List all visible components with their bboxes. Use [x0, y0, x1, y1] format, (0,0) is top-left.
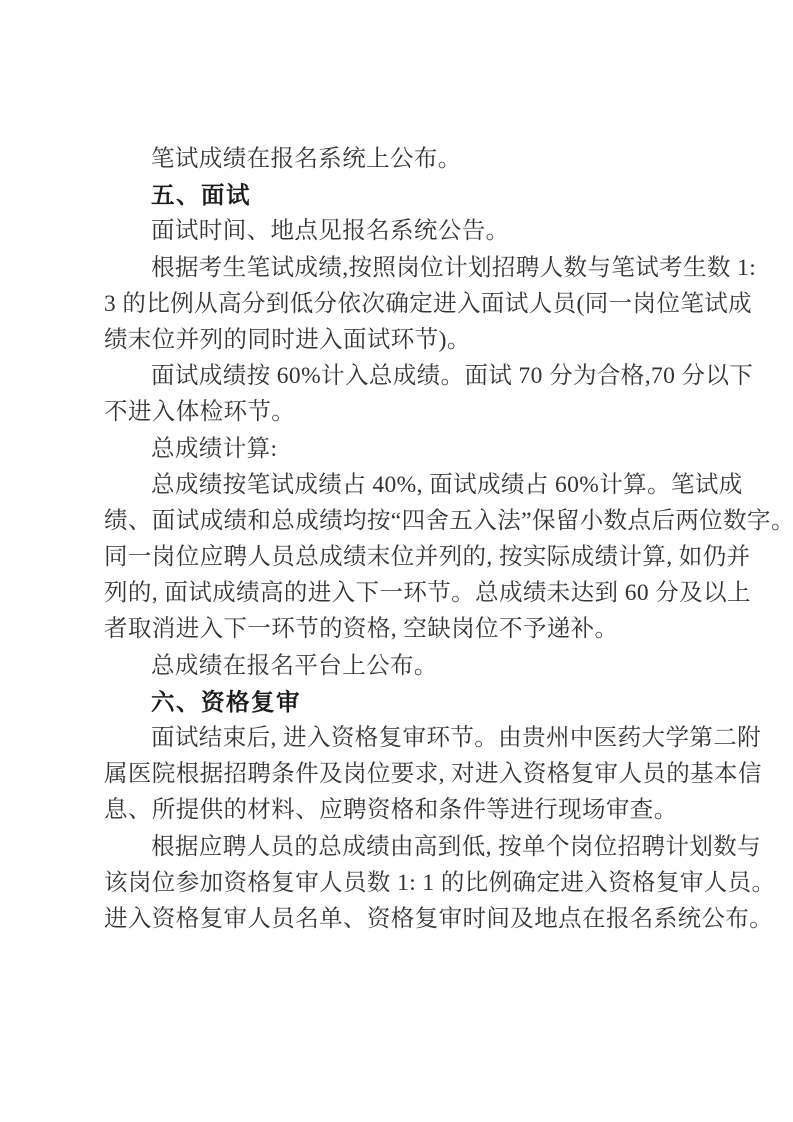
text-line: 面试结束后, 进入资格复审环节。由贵州中医药大学第二附 — [104, 720, 756, 756]
section-5-heading: 五、面试 — [104, 177, 756, 213]
text-line: 绩末位并列的同时进入面试环节)。 — [104, 322, 756, 358]
text-line: 同一岗位应聘人员总成绩末位并列的, 按实际成绩计算, 如仍并 — [104, 539, 756, 575]
text-line: 属医院根据招聘条件及岗位要求, 对进入资格复审人员的基本信 — [104, 756, 756, 792]
text-line: 不进入体检环节。 — [104, 394, 756, 430]
text-line: 总成绩按笔试成绩占 40%, 面试成绩占 60%计算。笔试成 — [104, 467, 756, 503]
document-body: 笔试成绩在报名系统上公布。 五、面试 面试时间、地点见报名系统公告。 根据考生笔… — [104, 141, 756, 937]
text-line: 面试时间、地点见报名系统公告。 — [104, 213, 756, 249]
text-line: 笔试成绩在报名系统上公布。 — [104, 141, 756, 177]
text-line: 根据考生笔试成绩,按照岗位计划招聘人数与笔试考生数 1: — [104, 250, 756, 286]
text-line: 面试成绩按 60%计入总成绩。面试 70 分为合格,70 分以下 — [104, 358, 756, 394]
document-page: 笔试成绩在报名系统上公布。 五、面试 面试时间、地点见报名系统公告。 根据考生笔… — [0, 0, 793, 1122]
text-line: 绩、面试成绩和总成绩均按“四舍五入法”保留小数点后两位数字。 — [104, 503, 756, 539]
text-line: 列的, 面试成绩高的进入下一环节。总成绩未达到 60 分及以上 — [104, 575, 756, 611]
text-line: 进入资格复审人员名单、资格复审时间及地点在报名系统公布。 — [104, 901, 756, 937]
section-6-heading: 六、资格复审 — [104, 684, 756, 720]
text-line: 根据应聘人员的总成绩由高到低, 按单个岗位招聘计划数与 — [104, 829, 756, 865]
text-line: 总成绩在报名平台上公布。 — [104, 648, 756, 684]
text-line: 总成绩计算: — [104, 431, 756, 467]
text-line: 该岗位参加资格复审人员数 1: 1 的比例确定进入资格复审人员。 — [104, 865, 756, 901]
text-line: 者取消进入下一环节的资格, 空缺岗位不予递补。 — [104, 611, 756, 647]
text-line: 息、所提供的材料、应聘资格和条件等进行现场审查。 — [104, 792, 756, 828]
text-line: 3 的比例从高分到低分依次确定进入面试人员(同一岗位笔试成 — [104, 286, 756, 322]
